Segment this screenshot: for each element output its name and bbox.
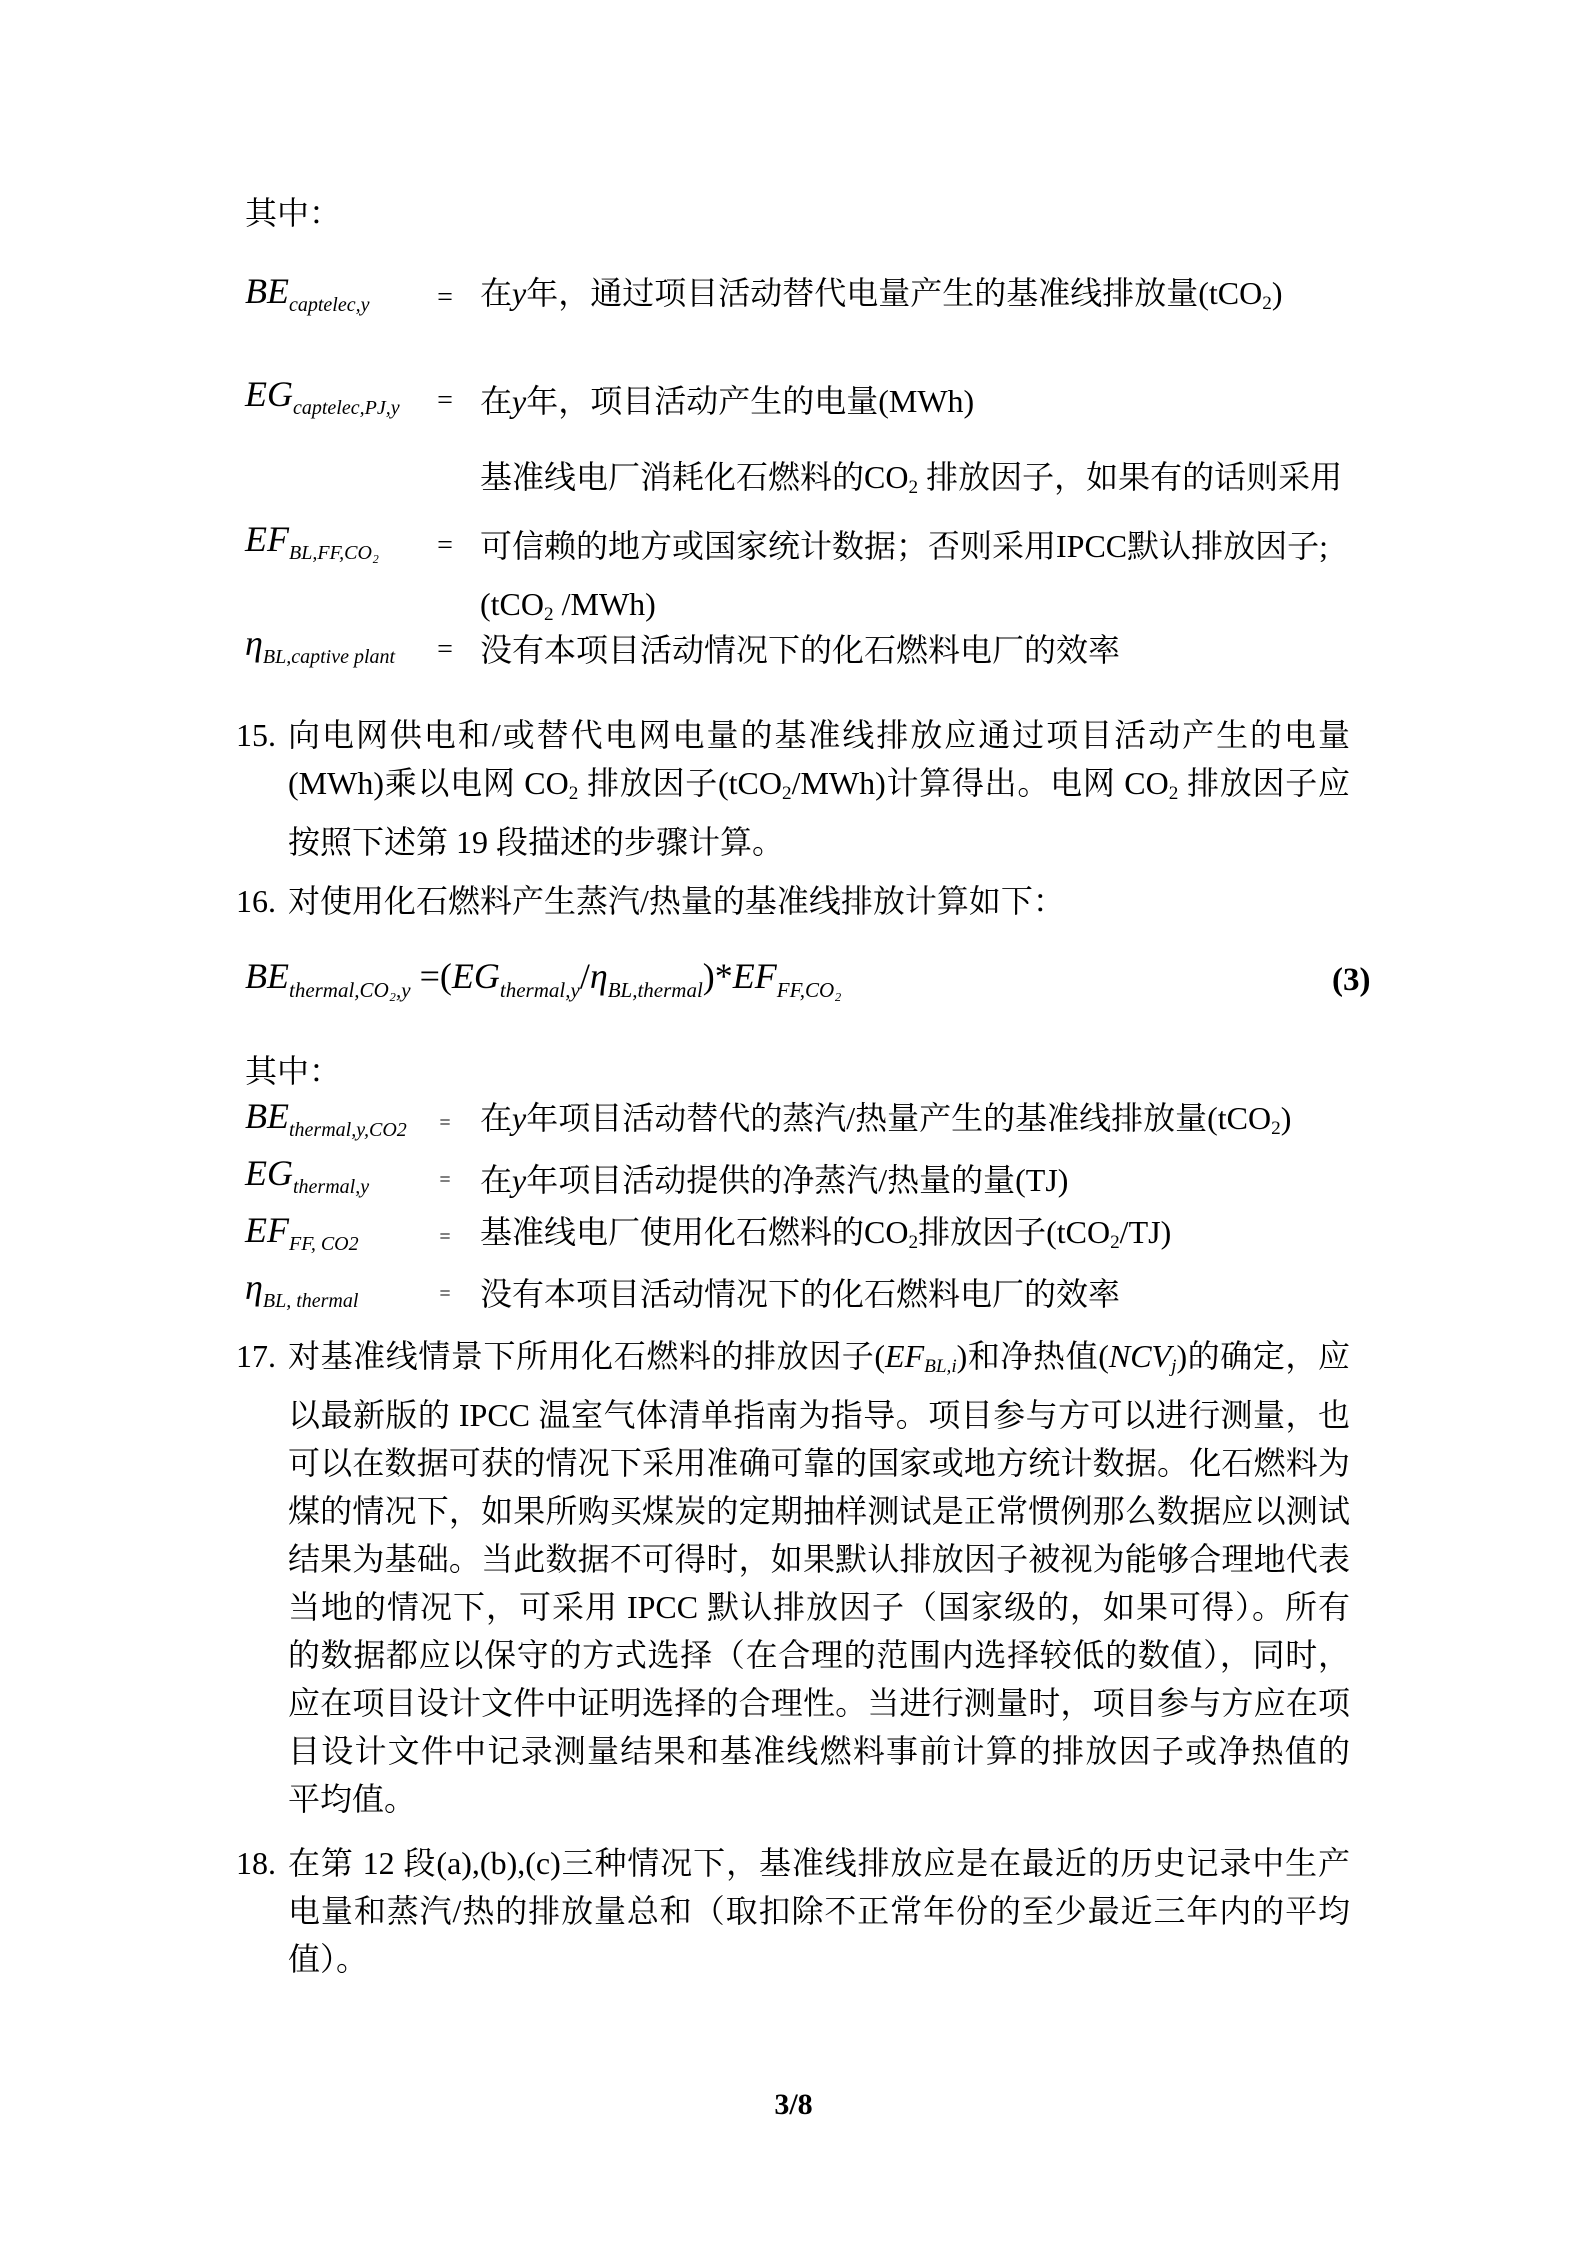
paragraph-line: 可以在数据可获的情况下采用准确可靠的国家或地方统计数据。化石燃料为 xyxy=(288,1439,1350,1487)
paragraph-line: 以最新版的 IPCC 温室气体清单指南为指导。项目参与方可以进行测量，也 xyxy=(288,1391,1350,1439)
paragraph-line: 电量和蒸汽/热的排放量总和（取扣除不正常年份的至少最近三年内的平均 xyxy=(288,1887,1350,1935)
definition-row-be-captelec: BEcaptelec,y = 在y年，通过项目活动替代电量产生的基准线排放量(t… xyxy=(245,267,1385,329)
definition-desc-line: 可信赖的地方或国家统计数据；否则采用IPCC默认排放因子; xyxy=(480,517,1385,575)
definition-desc: 在y年，项目活动产生的电量(MWh) xyxy=(465,377,1385,425)
where-label-2: 其中： xyxy=(245,1047,341,1095)
paragraph-number: 17. xyxy=(236,1332,276,1380)
paragraph-line: 平均值。 xyxy=(288,1775,1350,1823)
variable-term: EGthermal,y xyxy=(245,1149,425,1211)
variable-term: BEthermal,y,CO2 xyxy=(245,1092,425,1154)
equals-sign: = xyxy=(425,1270,465,1318)
definition-row-ef-ff-co2: EFFF, CO2 = 基准线电厂使用化石燃料的CO2排放因子(tCO2/TJ) xyxy=(245,1206,1385,1268)
variable-term: BEcaptelec,y xyxy=(245,267,425,329)
paragraph-number: 18. xyxy=(236,1839,276,1887)
equals-sign: = xyxy=(425,626,465,674)
paragraph-15: 15. 向电网供电和/或替代电网电量的基准线排放应通过项目活动产生的电量 (MW… xyxy=(236,711,1350,866)
variable-term: ηBL, thermal xyxy=(245,1263,425,1325)
variable-term: EFBL,FF,CO₂ xyxy=(245,515,425,577)
paragraph-line: 对基准线情景下所用化石燃料的排放因子(EFBL,i)和净热值(NCVj)的确定，… xyxy=(288,1332,1350,1391)
variable-term: ηBL,captive plant xyxy=(245,619,425,681)
equals-sign: = xyxy=(425,522,465,570)
paragraph-line: 按照下述第 19 段描述的步骤计算。 xyxy=(288,818,1350,866)
equation-number: (3) xyxy=(1332,954,1370,1006)
equals-sign: = xyxy=(425,1099,465,1147)
definition-row-eta-thermal: ηBL, thermal = 没有本项目活动情况下的化石燃料电厂的效率 xyxy=(245,1263,1385,1325)
definition-row-ef-bl-ff-co2: EFBL,FF,CO₂ = 基准线电厂消耗化石燃料的CO2 排放因子，如果有的话… xyxy=(245,448,1385,644)
formula-expression: BEthermal,CO₂,y =(EGthermal,y/ηBL,therma… xyxy=(245,956,841,996)
paragraph-line: 在第 12 段(a),(b),(c)三种情况下，基准线排放应是在最近的历史记录中… xyxy=(288,1839,1350,1887)
definition-desc: 在y年项目活动替代的蒸汽/热量产生的基准线排放量(tCO2) xyxy=(465,1094,1385,1153)
paragraph-number: 15. xyxy=(236,711,276,759)
formula-3: BEthermal,CO₂,y =(EGthermal,y/ηBL,therma… xyxy=(245,950,1445,1016)
equals-sign: = xyxy=(425,1156,465,1204)
paragraph-line: 煤的情况下，如果所购买煤炭的定期抽样测试是正常惯例那么数据应以测试 xyxy=(288,1487,1350,1535)
definition-desc: 基准线电厂使用化石燃料的CO2排放因子(tCO2/TJ) xyxy=(465,1208,1385,1267)
document-page: 其中： BEcaptelec,y = 在y年，通过项目活动替代电量产生的基准线排… xyxy=(0,0,1587,2245)
paragraph-number: 16. xyxy=(236,877,276,925)
definition-desc: 在y年项目活动提供的净蒸汽/热量的量(TJ) xyxy=(465,1156,1385,1204)
paragraph-17: 17. 对基准线情景下所用化石燃料的排放因子(EFBL,i)和净热值(NCVj)… xyxy=(236,1332,1350,1823)
paragraph-18: 18. 在第 12 段(a),(b),(c)三种情况下，基准线排放应是在最近的历… xyxy=(236,1839,1350,1983)
paragraph-16: 16. 对使用化石燃料产生蒸汽/热量的基准线排放计算如下： xyxy=(236,877,1350,925)
definition-row-eg-captelec: EGcaptelec,PJ,y = 在y年，项目活动产生的电量(MWh) xyxy=(245,370,1385,432)
paragraph-line: 向电网供电和/或替代电网电量的基准线排放应通过项目活动产生的电量 xyxy=(288,711,1350,759)
paragraph-line: 应在项目设计文件中证明选择的合理性。当进行测量时，项目参与方应在项 xyxy=(288,1679,1350,1727)
definition-desc: 在y年，通过项目活动替代电量产生的基准线排放量(tCO2) xyxy=(465,269,1385,328)
paragraph-line: 对使用化石燃料产生蒸汽/热量的基准线排放计算如下： xyxy=(288,877,1350,925)
definition-row-eta-captive: ηBL,captive plant = 没有本项目活动情况下的化石燃料电厂的效率 xyxy=(245,619,1385,681)
page-number-footer: 3/8 xyxy=(0,2087,1587,2123)
equals-sign: = xyxy=(425,274,465,322)
definition-desc: 基准线电厂消耗化石燃料的CO2 排放因子，如果有的话则采用 可信赖的地方或国家统… xyxy=(465,448,1385,644)
definition-row-be-thermal: BEthermal,y,CO2 = 在y年项目活动替代的蒸汽/热量产生的基准线排… xyxy=(245,1092,1385,1154)
definition-desc-line: 基准线电厂消耗化石燃料的CO2 排放因子，如果有的话则采用 xyxy=(480,448,1385,517)
variable-term: EGcaptelec,PJ,y xyxy=(245,370,425,432)
variable-term: EFFF, CO2 xyxy=(245,1206,425,1268)
equals-sign: = xyxy=(425,1213,465,1261)
paragraph-line: 的数据都应以保守的方式选择（在合理的范围内选择较低的数值），同时， xyxy=(288,1631,1350,1679)
paragraph-line: 当地的情况下，可采用 IPCC 默认排放因子（国家级的，如果可得）。所有 xyxy=(288,1583,1350,1631)
paragraph-line: (MWh)乘以电网 CO2 排放因子(tCO2/MWh)计算得出。电网 CO2 … xyxy=(288,759,1350,818)
definition-row-eg-thermal: EGthermal,y = 在y年项目活动提供的净蒸汽/热量的量(TJ) xyxy=(245,1149,1385,1211)
paragraph-line: 目设计文件中记录测量结果和基准线燃料事前计算的排放因子或净热值的 xyxy=(288,1727,1350,1775)
where-label-1: 其中： xyxy=(245,189,341,237)
definition-desc: 没有本项目活动情况下的化石燃料电厂的效率 xyxy=(465,1270,1385,1318)
definition-desc: 没有本项目活动情况下的化石燃料电厂的效率 xyxy=(465,626,1385,674)
paragraph-line: 值）。 xyxy=(288,1935,1350,1983)
equals-sign: = xyxy=(425,377,465,425)
paragraph-line: 结果为基础。当此数据不可得时，如果默认排放因子被视为能够合理地代表 xyxy=(288,1535,1350,1583)
